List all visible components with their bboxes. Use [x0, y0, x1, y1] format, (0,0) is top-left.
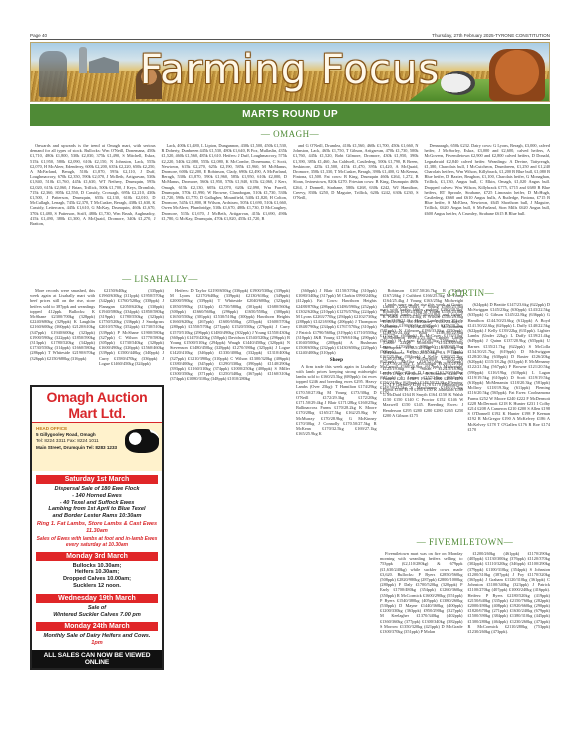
gortin-heading: — GORTIN—: [380, 288, 550, 298]
lisahally-section: — LISAHALLY— More records were smashed, …: [30, 271, 290, 670]
lisahally-left-column: More records were smashed, this week aga…: [30, 288, 164, 670]
event-1-line: Lambing from 1st April to Blue Texel: [36, 506, 158, 513]
event-3-line: Sale of: [36, 605, 158, 612]
gortin-text-1: Lambs were on the rise this week at Gort…: [380, 302, 463, 396]
page-number: Page 40: [30, 33, 47, 38]
omagh-text-3: and G O'Neill, Drumlea, 410k £1,560, 460…: [293, 143, 419, 200]
event-4-line: 1pm: [36, 640, 158, 647]
dateline: Thursday, 27th February 2025-TYRONE CONS…: [432, 33, 550, 38]
lisahally-sheep-text: A firm trade this week again in Lisahall…: [296, 364, 377, 437]
fivemiletown-col-2: £1200/260kg (461ppk) £1170/290kg (405ppk…: [468, 551, 551, 691]
event-date-4: Monday 24th March: [36, 621, 158, 632]
lisahally-intro: More records were smashed, this week aga…: [30, 288, 95, 380]
omagh-auction-mart-advert: Omagh Auction Mart Ltd. HEAD OFFICE 5 Gi…: [30, 385, 164, 670]
omagh-col-4: Dennaragh, 650k £232. Dairy cows: G Lyon…: [425, 143, 551, 271]
omagh-text-1: Onwards and upwards is the trend at Omag…: [30, 143, 156, 226]
event-date-2: Monday 3rd March: [36, 551, 158, 562]
event-2-details: Bullocks 10.30am; Heifers 10.30am; Dropp…: [32, 563, 162, 590]
event-2-line: Dropped Calves 10.00am;: [36, 576, 158, 583]
event-1-ring-line: Ring 1. Fat Lambs, Store Lambs & Cast Ew…: [36, 521, 158, 535]
lisahally-col-c-text: Heifers: D Taylor £2190/650kg (336ppk) £…: [170, 288, 290, 382]
sheep-heading: Sheep: [296, 357, 377, 363]
event-1-note: Sales of Ewes with lambs at foot and in-…: [36, 536, 158, 548]
farming-focus-banner: Farming Focus: [30, 42, 550, 102]
gortin-col-2: (624ppk) D Beattie £147/23.6kg (622ppk) …: [468, 302, 551, 532]
advert-title: Omagh Auction Mart Ltd.: [32, 387, 162, 423]
event-3-details: Sale of Wintered Suckler Calves 7.00 pm: [32, 605, 162, 619]
advert-footer: ALL SALES CAN NOW BE VIEWED ONLINE: [32, 650, 162, 668]
gortin-section: — GORTIN— Lambs were on the rise this we…: [380, 285, 550, 691]
fivemiletown-heading: — FIVEMILETOWN—: [380, 537, 550, 547]
lisahally-col-d: (360ppk) J Blair £1150/370kg (310ppk) £1…: [296, 288, 377, 356]
event-1-line: - 140 Horned Ewes: [36, 493, 158, 500]
fivemiletown-text-2: £1200/260kg (461ppk) £1170/290kg (405ppk…: [468, 551, 551, 634]
omagh-text-4: Dennaragh, 650k £232. Dairy cows: G Lyon…: [425, 143, 551, 216]
omagh-col-3: and G O'Neill, Drumlea, 410k £1,560, 460…: [293, 143, 419, 271]
gortin-col-1: Lambs were on the rise this week at Gort…: [380, 302, 463, 532]
lisahally-heading: — LISAHALLY—: [30, 274, 290, 284]
lisahally-col-c: Heifers: D Taylor £2190/650kg (336ppk) £…: [170, 288, 290, 608]
lisahally-col-d-wrapper: (360ppk) J Blair £1150/370kg (310ppk) £1…: [296, 288, 377, 670]
bull-icon: [125, 429, 159, 453]
banner-title: Farming Focus: [31, 47, 549, 93]
event-date-3: Wednesday 19th March: [36, 593, 158, 604]
lisahally-col-b-text: £2150/640kg (335ppk) £1960/630kg (311ppk…: [99, 288, 164, 366]
fivemiletown-col-1: Fivemiletown mart was on fire on Monday …: [380, 551, 463, 691]
omagh-col-1: Onwards and upwards is the trend at Omag…: [30, 143, 156, 271]
advert-contact-block: HEAD OFFICE 5 Gillygooley Road, Omagh Te…: [32, 423, 162, 471]
lisahally-col-b: £2150/640kg (335ppk) £1960/630kg (311ppk…: [99, 288, 164, 380]
omagh-col-2: Lack, 400k £1,480, L Lipton, Dungannon, …: [162, 143, 288, 271]
lisahally-intro-text: More records were smashed, this week aga…: [30, 288, 95, 361]
event-1-line: Dispersal Sale of 180 Ewe Flock: [36, 486, 158, 493]
event-1-line: - 40 Texel and Suffock Ewes: [36, 500, 158, 507]
fivemiletown-text-1: Fivemiletown mart was on fire on Monday …: [380, 551, 463, 634]
event-4-line: Monthly Sale of Dairy Heifers and Cows.: [36, 633, 158, 640]
lisahally-col-d-text: (360ppk) J Blair £1150/370kg (310ppk) £1…: [296, 288, 377, 356]
omagh-text-2: Lack, 400k £1,480, L Lipton, Dungannon, …: [162, 143, 288, 221]
omagh-heading: — OMAGH—: [30, 129, 550, 139]
event-date-1: Saturday 1st March: [36, 474, 158, 485]
newspaper-page: Page 40 Thursday, 27th February 2025-TYR…: [30, 33, 550, 670]
event-2-line: Bullocks 10.30am;: [36, 563, 158, 570]
running-header: Page 40 Thursday, 27th February 2025-TYR…: [30, 33, 550, 40]
lisahally-right-columns: Heifers: D Taylor £2190/650kg (336ppk) £…: [170, 288, 290, 670]
event-1-line: and Border Lester Rams 10:30am: [36, 513, 158, 520]
event-2-line: Heifers 10.30am;: [36, 569, 158, 576]
event-2-line: Sucklers 12 noon.: [36, 583, 158, 590]
event-1-details: Dispersal Sale of 180 Ewe Flock - 140 Ho…: [32, 486, 162, 548]
event-3-line: Wintered Suckler Calves 7.00 pm: [36, 612, 158, 619]
event-4-details: Monthly Sale of Dairy Heifers and Cows. …: [32, 633, 162, 647]
gortin-text-2: (624ppk) D Beattie £147/23.6kg (622ppk) …: [468, 302, 551, 432]
lisahally-sheep: A firm trade this week again in Lisahall…: [296, 364, 377, 514]
omagh-article: Onwards and upwards is the trend at Omag…: [30, 143, 550, 271]
section-title-bar: MARTS ROUND UP: [30, 104, 550, 126]
